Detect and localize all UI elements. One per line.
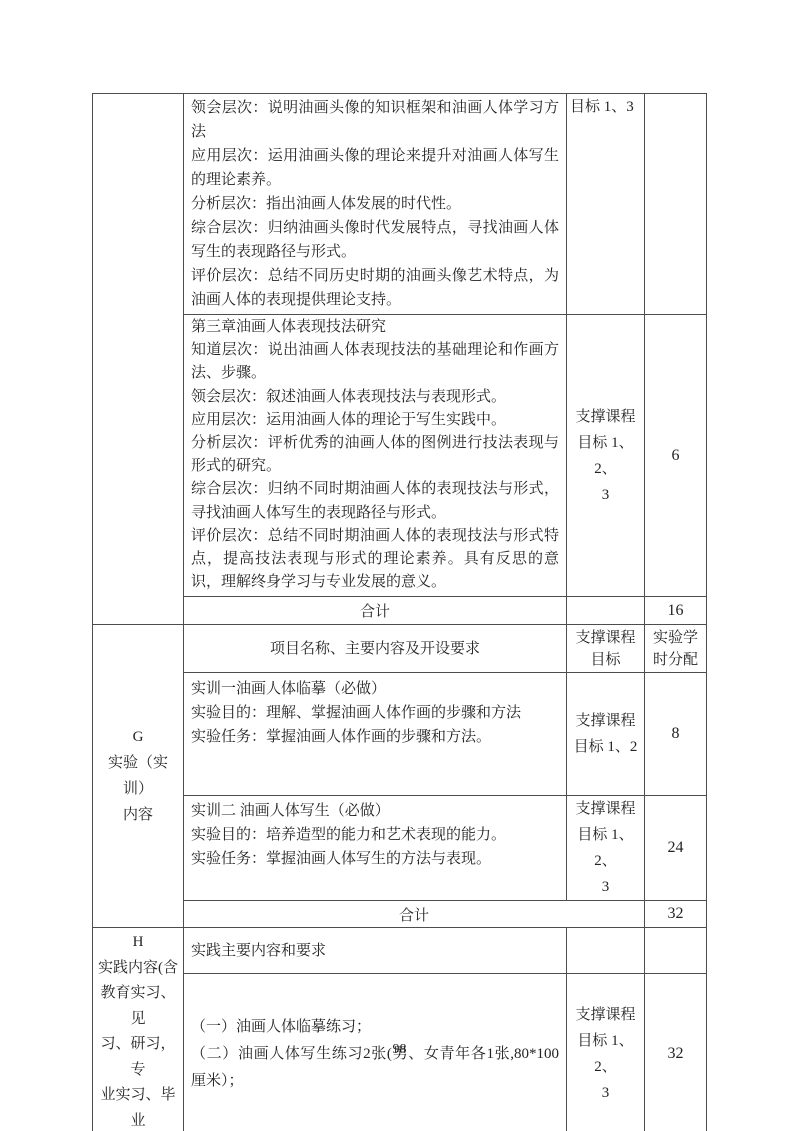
total-label: 合计 [184, 901, 645, 928]
support-goal-cell-empty [567, 928, 645, 974]
objective-levels-chapter2: 领会层次：说明油画头像的知识框架和油画人体学习方法 应用层次：运用油画头像的理论… [184, 94, 567, 315]
table-row: 实训二 油画人体写生（必做） 实验目的：培养造型的能力和艺术表现的能力。 实验任… [93, 796, 707, 901]
column-header-hours: 实验学 时分配 [645, 625, 707, 673]
hours-cell: 8 [645, 673, 707, 796]
hours-cell-empty [645, 928, 707, 974]
table-row: H 实践内容(含 教育实习、见 习、研习，专 业实习、毕业 实践主要内容和要求 [93, 928, 707, 974]
objective-levels-chapter3: 第三章油画人体表现技法研究 知道层次：说出油画人体表现技法的基础理论和作画方法、… [184, 315, 567, 597]
column-header-support: 支撑课程 目标 [567, 625, 645, 673]
page-number: 98 [0, 1042, 799, 1058]
table-row-header: G 实验（实训） 内容 项目名称、主要内容及开设要求 支撑课程 目标 实验学 时… [93, 625, 707, 673]
hours-cell [645, 94, 707, 315]
column-header-project: 项目名称、主要内容及开设要求 [184, 625, 567, 673]
practice-item-2: 实训二 油画人体写生（必做） 实验目的：培养造型的能力和艺术表现的能力。 实验任… [184, 796, 567, 901]
practice-intro: 实践主要内容和要求 [184, 928, 567, 974]
table-row-total: 合计 16 [93, 597, 707, 625]
support-goal-cell: 支撑课程 目标 1、2、 3 [567, 796, 645, 901]
practice-item-1: 实训一油画人体临摹（必做） 实验目的：理解、掌握油画人体作画的步骤和方法 实验任… [184, 673, 567, 796]
table-row: 第三章油画人体表现技法研究 知道层次：说出油画人体表现技法的基础理论和作画方法、… [93, 315, 707, 597]
table-row-total: 合计 32 [93, 901, 707, 928]
hours-cell: 6 [645, 315, 707, 597]
total-hours-cell: 32 [645, 901, 707, 928]
section-label-g: G 实验（实训） 内容 [93, 625, 184, 928]
course-syllabus-table: 领会层次：说明油画头像的知识框架和油画人体学习方法 应用层次：运用油画头像的理论… [92, 93, 707, 1131]
total-hours-cell: 16 [645, 597, 707, 625]
hours-cell: 24 [645, 796, 707, 901]
document-page: { "page": { "number": "98" }, "table": {… [0, 0, 799, 1131]
section-label-empty [93, 94, 184, 625]
section-label-h: H 实践内容(含 教育实习、见 习、研习，专 业实习、毕业 [93, 928, 184, 1131]
support-goal-cell-empty [567, 597, 645, 625]
table-row: 实训一油画人体临摹（必做） 实验目的：理解、掌握油画人体作画的步骤和方法 实验任… [93, 673, 707, 796]
total-label: 合计 [184, 597, 567, 625]
support-goal-cell: 支撑课程 目标 1、2 [567, 673, 645, 796]
support-goal-cell: 支撑课程 目标 1、2、 3 [567, 315, 645, 597]
table-row: 领会层次：说明油画头像的知识框架和油画人体学习方法 应用层次：运用油画头像的理论… [93, 94, 707, 315]
support-goal-cell: 目标 1、3 [567, 94, 645, 315]
